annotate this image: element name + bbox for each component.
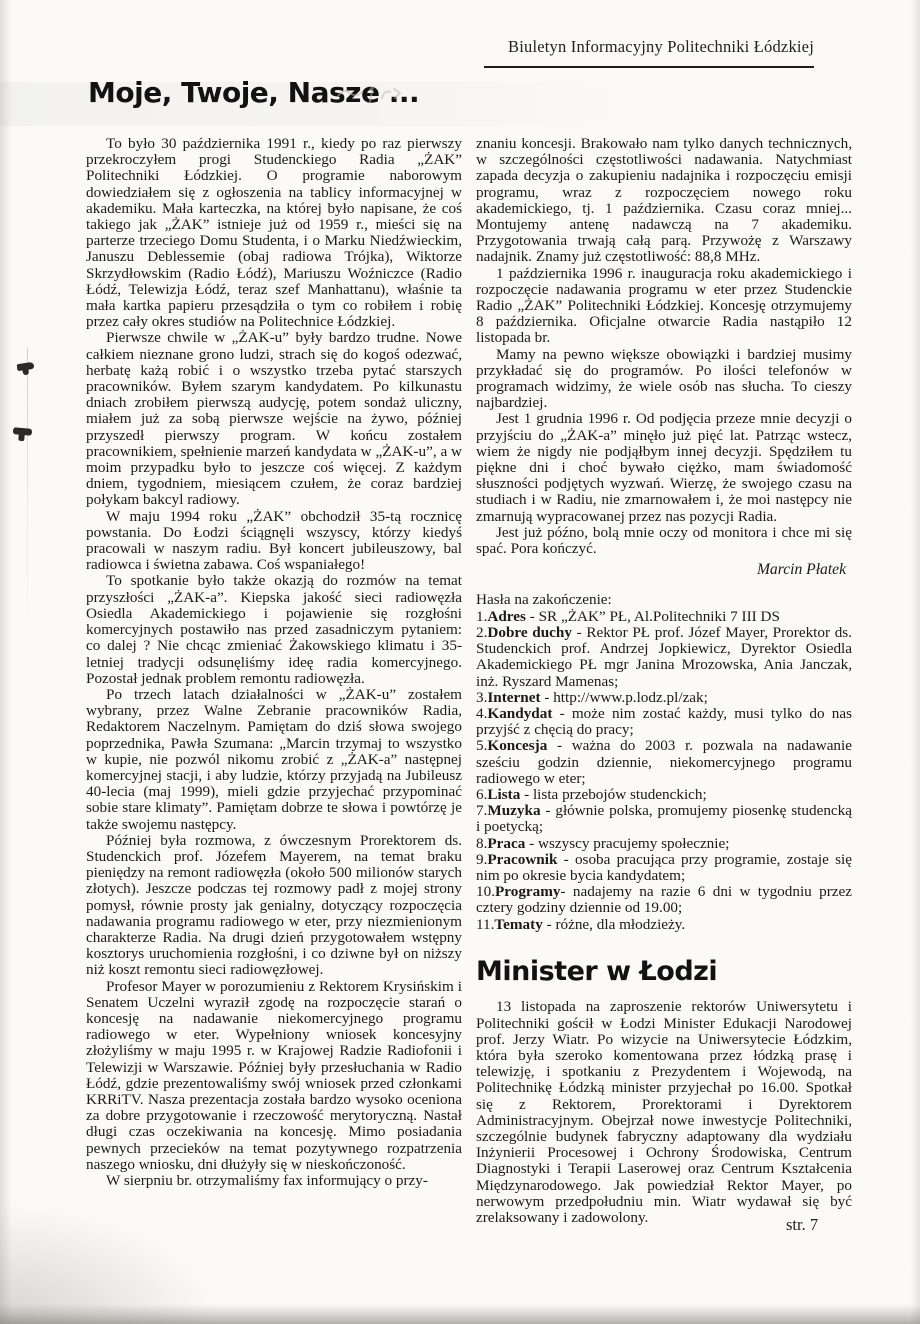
list-item: 1.Adres - SR „ŻAK” PŁ, Al.Politechniki 7… xyxy=(476,609,852,625)
list-item: 6.Lista - lista przebojów studenckich; xyxy=(476,787,852,803)
staple-mark-bottom xyxy=(13,427,33,436)
list-item: 5.Koncesja - ważna do 2003 r. pozwala na… xyxy=(476,738,852,787)
paragraph: W sierpniu br. otrzymaliśmy fax informuj… xyxy=(86,1173,462,1189)
paragraph: Profesor Mayer w porozumieniu z Rektorem… xyxy=(86,979,462,1173)
list-item-term: Adres xyxy=(487,608,526,625)
list-item-term: Pracownik xyxy=(487,851,557,868)
column-left: To było 30 października 1991 r., kiedy p… xyxy=(86,136,462,1226)
list-item: 2.Dobre duchy - Rektor PŁ prof. Józef Ma… xyxy=(476,625,852,690)
list-item-text: - różne, dla młodzieży. xyxy=(543,916,685,933)
list-item-term: Muzyka xyxy=(487,802,540,819)
paragraph: W maju 1994 roku „ŻAK” obchodził 35-tą r… xyxy=(86,509,462,574)
list-item-number: 7. xyxy=(476,802,487,819)
column-right: znaniu koncesji. Brakowało nam tylko dan… xyxy=(476,136,852,1226)
closing-list-heading: Hasła na zakończenie: xyxy=(476,592,852,608)
list-item-number: 9. xyxy=(476,851,487,868)
scanned-bulletin-page: Biuletyn Informacyjny Politechniki Łódzk… xyxy=(0,0,920,1324)
list-item-number: 8. xyxy=(476,835,487,852)
paragraph: To spotkanie było także okazją do rozmów… xyxy=(86,573,462,686)
list-item: 8.Praca - wszyscy pracujemy społecznie; xyxy=(476,836,852,852)
list-item: 11.Tematy - różne, dla młodzieży. xyxy=(476,917,852,933)
list-item-number: 4. xyxy=(476,705,487,722)
list-item-term: Praca xyxy=(487,835,525,852)
list-item-term: Lista xyxy=(487,786,520,803)
paragraph-continuation: znaniu koncesji. Brakowało nam tylko dan… xyxy=(476,136,852,266)
staple-mark-top xyxy=(17,362,35,371)
list-item-number: 10. xyxy=(476,883,495,900)
paragraph: Mamy na pewno większe obowiązki i bardzi… xyxy=(476,347,852,412)
list-item-text: - wszyscy pracujemy społecznie; xyxy=(525,835,729,852)
paragraph: 1 października 1996 r. inauguracja roku … xyxy=(476,266,852,347)
list-item: 4.Kandydat - może nim zostać każdy, musi… xyxy=(476,706,852,738)
paragraph: Jest już późno, bolą mnie oczy od monito… xyxy=(476,525,852,557)
list-item-text: - http://www.p.lodz.pl/zak; xyxy=(541,689,708,706)
list-item-number: 1. xyxy=(476,608,487,625)
paragraph: Jest 1 grudnia 1996 r. Od podjęcia przez… xyxy=(476,411,852,524)
list-item-number: 5. xyxy=(476,737,487,754)
list-item: 9.Pracownik - osoba pracująca przy progr… xyxy=(476,852,852,884)
list-item: 10.Programy- nadajemy na razie 6 dni w t… xyxy=(476,884,852,916)
masthead: Biuletyn Informacyjny Politechniki Łódzk… xyxy=(508,37,814,57)
list-item: 7.Muzyka - głównie polska, promujemy pio… xyxy=(476,803,852,835)
list-item-term: Tematy xyxy=(494,916,542,933)
list-item: 3.Internet - http://www.p.lodz.pl/zak; xyxy=(476,690,852,706)
list-item-number: 11. xyxy=(476,916,494,933)
paragraph: To było 30 października 1991 r., kiedy p… xyxy=(86,136,462,330)
article-title-minister: Minister w Łodzi xyxy=(476,957,852,987)
list-item-number: 2. xyxy=(476,624,487,641)
list-item-number: 3. xyxy=(476,689,487,706)
article-body: To było 30 października 1991 r., kiedy p… xyxy=(86,136,852,1226)
page-number: str. 7 xyxy=(786,1215,818,1235)
article-title-zak: Moje, Twoje, Nasze ... xyxy=(88,76,419,109)
binding-crease xyxy=(27,348,28,648)
list-item-term: Internet xyxy=(487,689,540,706)
author-signature: Marcin Płatek xyxy=(476,562,846,578)
paragraph: Pierwsze chwile w „ŻAK-u” były bardzo tr… xyxy=(86,330,462,508)
paragraph: 13 listopada na zaproszenie rektorów Uni… xyxy=(476,999,852,1226)
list-item-term: Programy xyxy=(495,883,561,900)
paragraph: Później była rozmowa, z ówczesnym Prorek… xyxy=(86,833,462,979)
list-item-text: - lista przebojów studenckich; xyxy=(520,786,706,803)
list-item-term: Dobre duchy xyxy=(487,624,572,641)
list-item-term: Koncesja xyxy=(487,737,547,754)
list-item-term: Kandydat xyxy=(487,705,552,722)
list-item-text: - SR „ŻAK” PŁ, Al.Politechniki 7 III DS xyxy=(526,608,780,625)
masthead-rule xyxy=(484,66,814,68)
paragraph: Po trzech latach działalności w „ŻAK-u” … xyxy=(86,687,462,833)
list-item-number: 6. xyxy=(476,786,487,803)
